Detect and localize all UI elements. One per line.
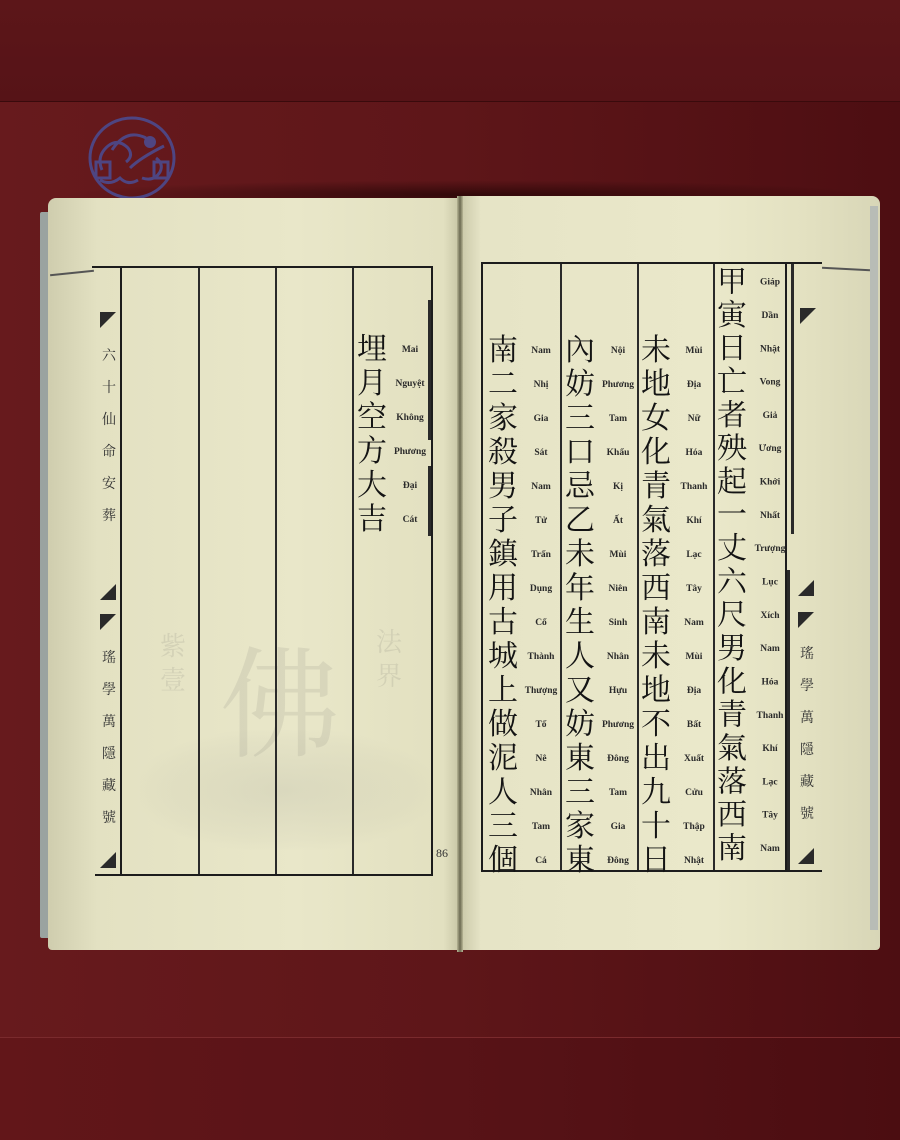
left-margin-title: 六 十 仙 命 安 葬 — [98, 340, 120, 532]
fishtail-marker-icon — [798, 612, 814, 628]
column-divider — [275, 268, 277, 874]
column-marker — [791, 264, 794, 534]
rule-line — [95, 874, 122, 876]
fishtail-marker-icon — [798, 580, 814, 596]
right-margin-publisher: 瑤 學 萬 隱 藏 號 — [796, 638, 818, 830]
fishtail-marker-icon — [100, 584, 116, 600]
column-divider — [198, 268, 200, 874]
text-column-right-4: 南Nam 二Nhị 家Gia 殺Sát 男Nam 子Tử 鎮Trấn 用Dụng… — [485, 334, 561, 878]
text-column-right-2: 未Mùi 地Địa 女Nữ 化Hóa 青Thanh 氣Khí 落Lạc 西Tây… — [638, 334, 714, 878]
left-margin-publisher: 瑤 學 萬 隱 藏 號 — [98, 642, 120, 834]
page-stack-right — [870, 206, 878, 930]
text-column-right-3: 內Nội 妨Phương 三Tam 口Khẩu 忌Kị 乙Ất 未Mùi 年Ni… — [562, 334, 638, 878]
background-wall — [0, 0, 900, 102]
fishtail-marker-icon — [800, 308, 816, 324]
background-table-edge — [0, 1037, 900, 1140]
rule-line — [787, 870, 822, 872]
page-number: 86 — [436, 846, 448, 861]
fishtail-marker-icon — [100, 852, 116, 868]
text-column-right-1: 甲Giáp 寅Dần 日Nhật 亡Vong 者Giả 殃Ương 起Khởi … — [714, 266, 790, 866]
crane-seal-icon — [82, 110, 182, 200]
fishtail-marker-icon — [100, 312, 116, 328]
text-column-left-1: 埋Mai 月Nguyệt 空Không 方Phương 大Đại 吉Cát — [354, 333, 430, 537]
fishtail-marker-icon — [798, 848, 814, 864]
fishtail-marker-icon — [100, 614, 116, 630]
book-gutter — [457, 196, 463, 952]
rule-line — [92, 266, 122, 268]
